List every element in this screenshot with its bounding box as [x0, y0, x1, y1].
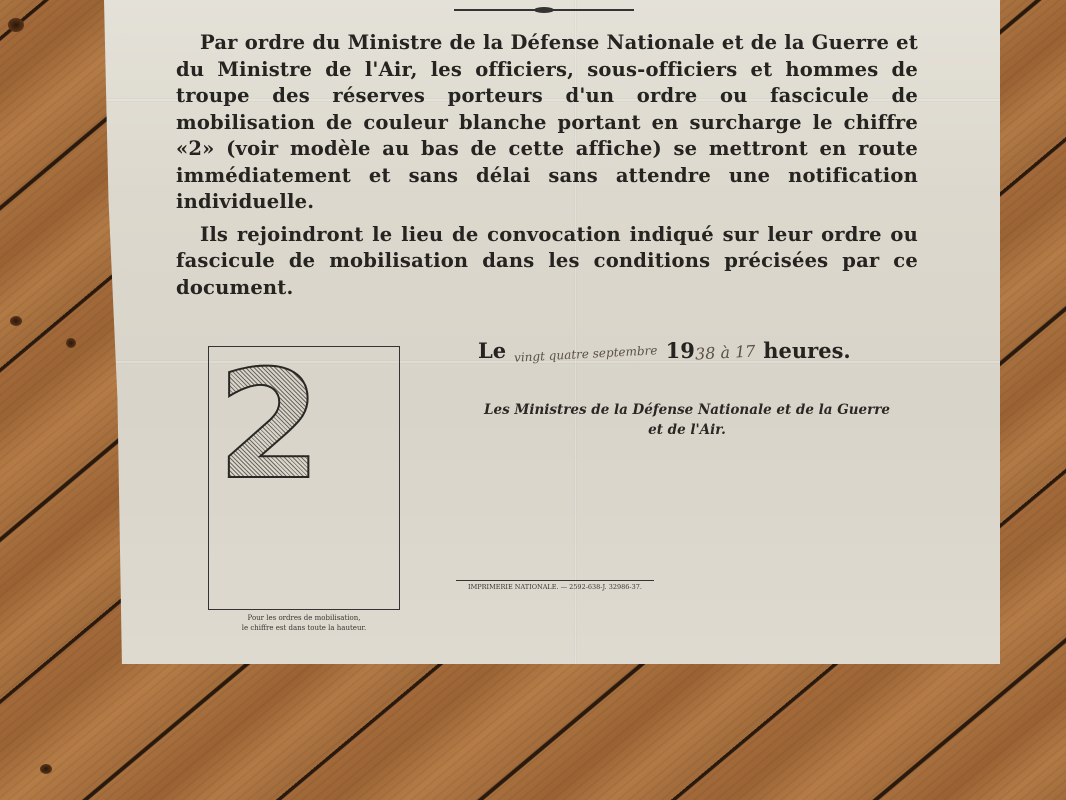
model-digit-box: 2 — [208, 346, 400, 610]
date-prefix: Le — [478, 338, 506, 363]
ministers-signature: Les Ministres de la Défense Nationale et… — [444, 400, 930, 440]
wood-knot — [66, 338, 76, 348]
handwritten-date: vingt quatre septembre — [514, 343, 658, 364]
signature-line-2: et de l'Air. — [444, 420, 930, 440]
year-printed: 1938 à 17 — [666, 338, 756, 363]
printer-imprint: IMPRIMERIE NATIONALE. — 2592-638-J. 3298… — [456, 580, 654, 591]
wood-knot — [8, 18, 24, 32]
model-caption-line-1: Pour les ordres de mobilisation, — [204, 613, 404, 623]
order-paragraph: Par ordre du Ministre de la Défense Nati… — [176, 30, 918, 216]
mobilization-poster: Par ordre du Ministre de la Défense Nati… — [104, 0, 1000, 664]
wood-knot — [10, 316, 22, 326]
date-suffix: heures. — [763, 338, 850, 363]
poster-body-text: Par ordre du Ministre de la Défense Nati… — [176, 30, 918, 301]
model-caption: Pour les ordres de mobilisation, le chif… — [204, 613, 404, 633]
signature-line-1: Les Ministres de la Défense Nationale et… — [444, 400, 930, 420]
convocation-paragraph: Ils rejoindront le lieu de convocation i… — [176, 222, 918, 302]
hatched-digit-two: 2 — [217, 351, 321, 501]
ornamental-rule — [454, 9, 634, 11]
handwritten-year-time: 38 à 17 — [694, 341, 755, 363]
model-caption-line-2: le chiffre est dans toute la hauteur. — [204, 623, 404, 633]
wood-knot — [40, 764, 52, 774]
date-line: Le vingt quatre septembre 1938 à 17 heur… — [478, 338, 918, 363]
